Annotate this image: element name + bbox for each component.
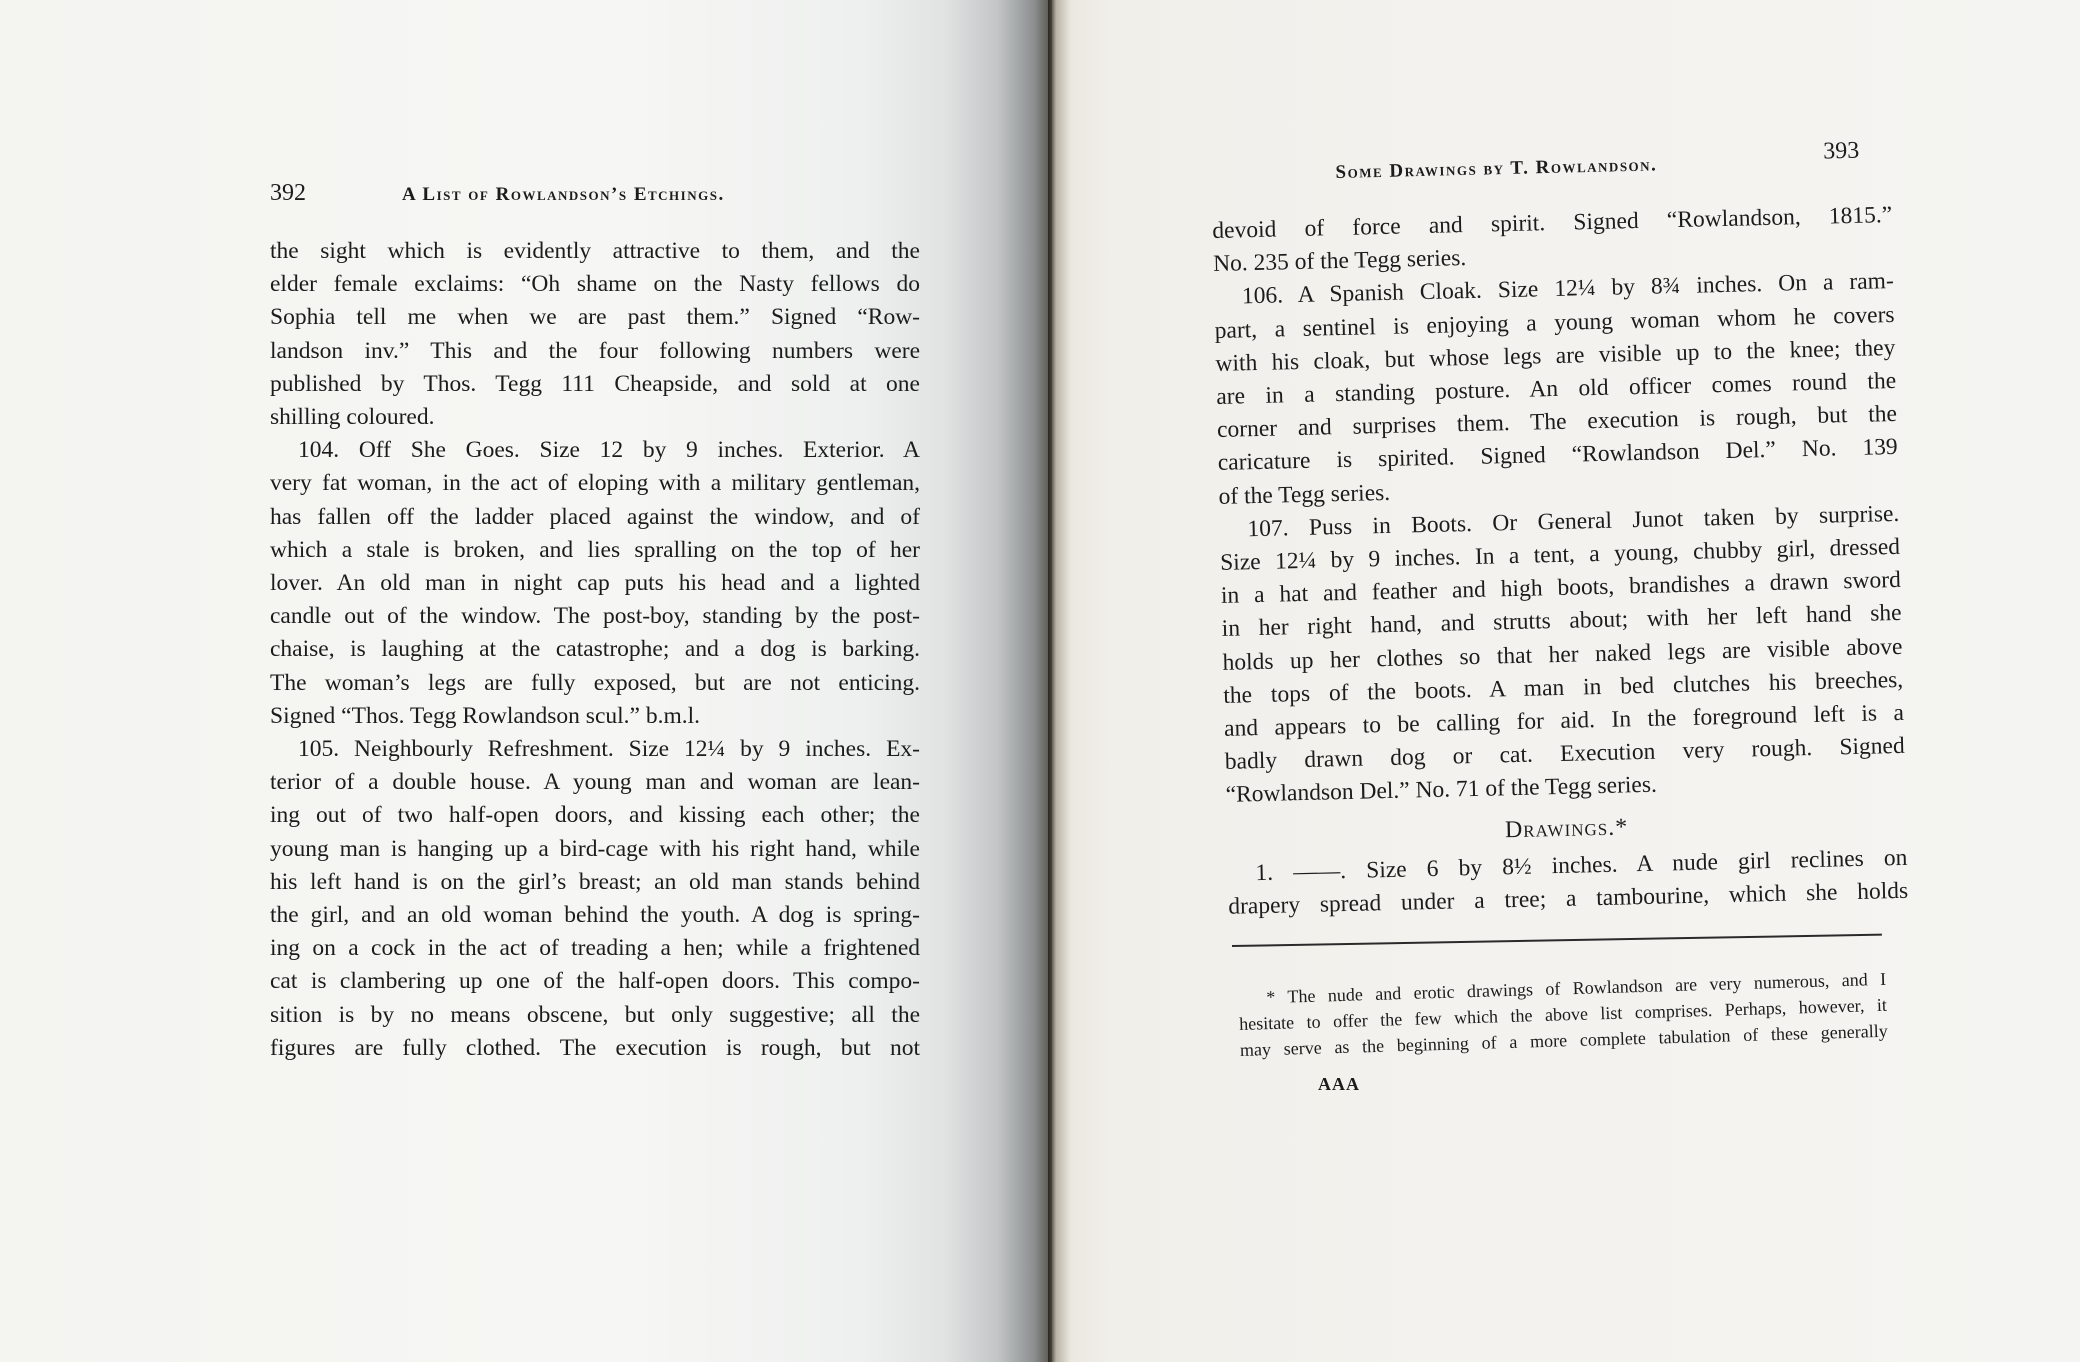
text-line: ing out of two half-open doors, and kiss…: [270, 799, 920, 832]
text-line: the sight which is evidently attractive …: [270, 235, 920, 268]
text-line: ing on a cock in the act of treading a h…: [270, 932, 920, 965]
signature-mark: AAA: [1318, 1074, 1360, 1095]
text-line: shilling coloured.: [270, 401, 920, 434]
text-line: candle out of the window. The post-boy, …: [270, 600, 920, 633]
text-line: lover. An old man in night cap puts his …: [270, 567, 920, 600]
right-page-number: 393: [1823, 138, 1860, 166]
text-line: which a stale is broken, and lies sprall…: [270, 534, 920, 567]
right-page-body: devoid of force and spirit. Signed “Rowl…: [1212, 199, 1909, 924]
text-line: Signed “Thos. Tegg Rowlandson scul.” b.m…: [270, 700, 920, 733]
text-line: very fat woman, in the act of eloping wi…: [270, 467, 920, 500]
left-running-title: A List of Rowlandson’s Etchings.: [402, 184, 725, 206]
left-page-number: 392: [270, 180, 306, 207]
left-page-body: the sight which is evidently attractive …: [270, 235, 920, 1065]
text-line: terior of a double house. A young man an…: [270, 766, 920, 799]
text-line: figures are fully clothed. The execution…: [270, 1032, 920, 1065]
entry-104-first-line: 104. Off She Goes. Size 12 by 9 inches. …: [270, 434, 920, 467]
text-line: cat is clambering up one of the half-ope…: [270, 965, 920, 998]
text-line: his left hand is on the girl’s breast; a…: [270, 866, 920, 899]
text-line: the girl, and an old woman behind the yo…: [270, 899, 920, 932]
book-spine-gutter: [1048, 0, 1052, 1362]
text-line: chaise, is laughing at the catastrophe; …: [270, 633, 920, 666]
text-line: sition is by no means obscene, but only …: [270, 999, 920, 1032]
text-line: has fallen off the ladder placed against…: [270, 501, 920, 534]
text-line: elder female exclaims: “Oh shame on the …: [270, 268, 920, 301]
text-line: The woman’s legs are fully exposed, but …: [270, 667, 920, 700]
text-line: landson inv.” This and the four followin…: [270, 335, 920, 368]
entry-105-first-line: 105. Neighbourly Refreshment. Size 12¼ b…: [270, 733, 920, 766]
text-line: published by Thos. Tegg 111 Cheapside, a…: [270, 368, 920, 401]
text-line: young man is hanging up a bird-cage with…: [270, 833, 920, 866]
text-line: Sophia tell me when we are past them.” S…: [270, 301, 920, 334]
